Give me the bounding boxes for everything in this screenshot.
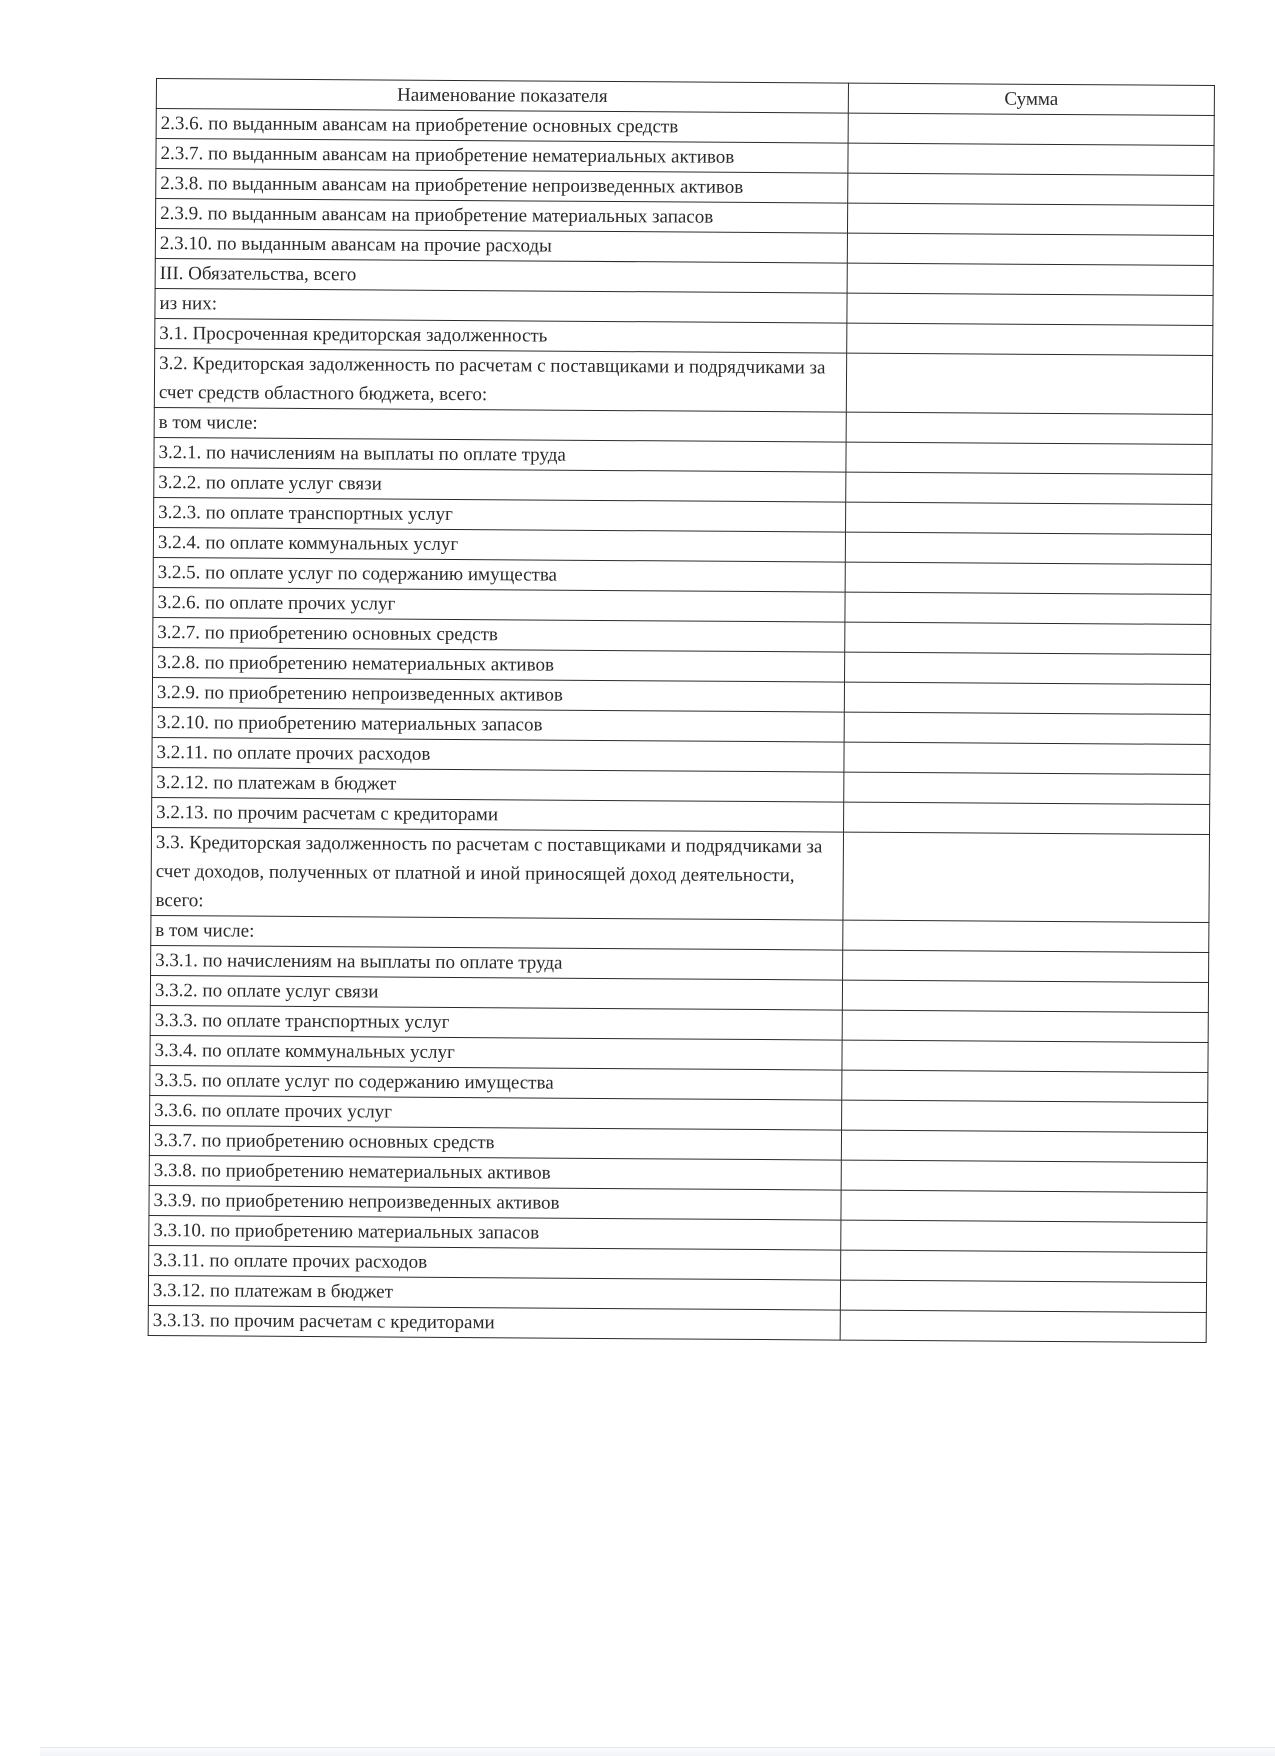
indicator-name-cell: III. Обязательства, всего: [155, 258, 847, 293]
amount-cell[interactable]: [841, 1250, 1207, 1282]
page-edge: [40, 1747, 1275, 1756]
amount-cell[interactable]: [848, 113, 1214, 145]
indicator-name-cell: 3.2.11. по оплате прочих расходов: [152, 737, 844, 772]
table-row: 3.3.13. по прочим расчетам с кредиторами: [148, 1305, 1206, 1342]
table-row: 3.3. Кредиторская задолженность по расче…: [151, 827, 1210, 922]
amount-cell[interactable]: [840, 1310, 1206, 1342]
amount-cell[interactable]: [841, 1190, 1207, 1222]
amount-cell[interactable]: [845, 652, 1211, 684]
indicator-name-cell: 3.2.9. по приобретению непроизведенных а…: [152, 677, 844, 712]
indicator-name-cell: 3.2.4. по оплате коммунальных услуг: [153, 527, 845, 562]
header-indicator-name: Наименование показателя: [156, 79, 848, 114]
indicator-name-cell: 3.3.5. по оплате услуг по содержанию иму…: [150, 1065, 842, 1100]
indicator-name-cell: 3.3. Кредиторская задолженность по расче…: [151, 827, 844, 920]
amount-cell[interactable]: [845, 592, 1211, 624]
amount-cell[interactable]: [843, 950, 1209, 982]
indicator-name-cell: 3.3.11. по оплате прочих расходов: [149, 1245, 841, 1280]
indicator-name-cell: в том числе:: [151, 915, 843, 950]
indicator-name-cell: 3.3.9. по приобретению непроизведенных а…: [149, 1185, 841, 1220]
indicator-name-cell: 3.2.13. по прочим расчетам с кредиторами: [152, 797, 844, 832]
indicator-name-cell: 3.3.6. по оплате прочих услуг: [150, 1095, 842, 1130]
indicator-name-cell: 2.3.8. по выданным авансам на приобретен…: [156, 169, 848, 204]
amount-cell[interactable]: [846, 502, 1212, 534]
table-body: 2.3.6. по выданным авансам на приобретен…: [148, 109, 1214, 1343]
amount-cell[interactable]: [844, 742, 1210, 774]
amount-cell[interactable]: [845, 532, 1211, 564]
table-row: 3.2. Кредиторская задолженность по расче…: [154, 348, 1212, 414]
amount-cell[interactable]: [842, 1070, 1208, 1102]
amount-cell[interactable]: [842, 1010, 1208, 1042]
amount-cell[interactable]: [847, 233, 1213, 265]
indicator-name-cell: 3.3.10. по приобретению материальных зап…: [149, 1215, 841, 1250]
amount-cell[interactable]: [844, 802, 1210, 834]
amount-cell[interactable]: [847, 263, 1213, 295]
indicator-name-cell: 2.3.9. по выданным авансам на приобретен…: [156, 199, 848, 234]
indicator-name-cell: 3.2.8. по приобретению нематериальных ак…: [153, 647, 845, 682]
amount-cell[interactable]: [846, 442, 1212, 474]
indicator-name-cell: 3.3.13. по прочим расчетам с кредиторами: [148, 1305, 840, 1340]
amount-cell[interactable]: [846, 353, 1212, 414]
indicator-name-cell: 3.2.1. по начислениям на выплаты по опла…: [154, 437, 846, 472]
amount-cell[interactable]: [841, 1130, 1207, 1162]
amount-cell[interactable]: [847, 293, 1213, 325]
indicator-name-cell: 3.2.7. по приобретению основных средств: [153, 617, 845, 652]
indicator-name-cell: 3.3.3. по оплате транспортных услуг: [150, 1005, 842, 1040]
amount-cell[interactable]: [842, 980, 1208, 1012]
amount-cell[interactable]: [845, 622, 1211, 654]
amount-cell[interactable]: [844, 712, 1210, 744]
amount-cell[interactable]: [843, 832, 1210, 922]
amount-cell[interactable]: [843, 920, 1209, 952]
indicators-table: Наименование показателя Сумма 2.3.6. по …: [148, 78, 1215, 1343]
indicator-name-cell: 3.3.4. по оплате коммунальных услуг: [150, 1035, 842, 1070]
indicator-name-cell: 2.3.7. по выданным авансам на приобретен…: [156, 139, 848, 174]
amount-cell[interactable]: [845, 562, 1211, 594]
amount-cell[interactable]: [840, 1280, 1206, 1312]
indicator-name-cell: 3.3.1. по начислениям на выплаты по опла…: [151, 945, 843, 980]
amount-cell[interactable]: [842, 1100, 1208, 1132]
amount-cell[interactable]: [848, 143, 1214, 175]
amount-cell[interactable]: [841, 1220, 1207, 1252]
amount-cell[interactable]: [846, 412, 1212, 444]
indicator-name-cell: 3.2.3. по оплате транспортных услуг: [154, 497, 846, 532]
indicator-name-cell: 3.3.2. по оплате услуг связи: [150, 975, 842, 1010]
indicator-name-cell: 2.3.6. по выданным авансам на приобретен…: [156, 109, 848, 144]
amount-cell[interactable]: [841, 1160, 1207, 1192]
indicator-name-cell: 3.3.7. по приобретению основных средств: [149, 1125, 841, 1160]
amount-cell[interactable]: [844, 772, 1210, 804]
indicator-name-cell: 3.2.10. по приобретению материальных зап…: [152, 707, 844, 742]
indicator-name-cell: в том числе:: [154, 407, 846, 442]
indicator-name-cell: 3.2.5. по оплате услуг по содержанию иму…: [153, 557, 845, 592]
amount-cell[interactable]: [847, 323, 1213, 355]
indicator-name-cell: 3.2. Кредиторская задолженность по расче…: [154, 348, 846, 412]
indicator-name-cell: 3.2.6. по оплате прочих услуг: [153, 587, 845, 622]
indicator-name-cell: 2.3.10. по выданным авансам на прочие ра…: [155, 229, 847, 264]
amount-cell[interactable]: [846, 472, 1212, 504]
indicator-name-cell: из них:: [155, 288, 847, 323]
indicator-name-cell: 3.3.8. по приобретению нематериальных ак…: [149, 1155, 841, 1190]
amount-cell[interactable]: [842, 1040, 1208, 1072]
indicator-name-cell: 3.2.2. по оплате услуг связи: [154, 467, 846, 502]
indicator-name-cell: 3.1. Просроченная кредиторская задолженн…: [155, 318, 847, 353]
header-amount: Сумма: [848, 83, 1214, 115]
amount-cell[interactable]: [848, 173, 1214, 205]
indicator-name-cell: 3.2.12. по платежам в бюджет: [152, 767, 844, 802]
amount-cell[interactable]: [847, 203, 1213, 235]
amount-cell[interactable]: [844, 682, 1210, 714]
indicator-name-cell: 3.3.12. по платежам в бюджет: [148, 1275, 840, 1310]
